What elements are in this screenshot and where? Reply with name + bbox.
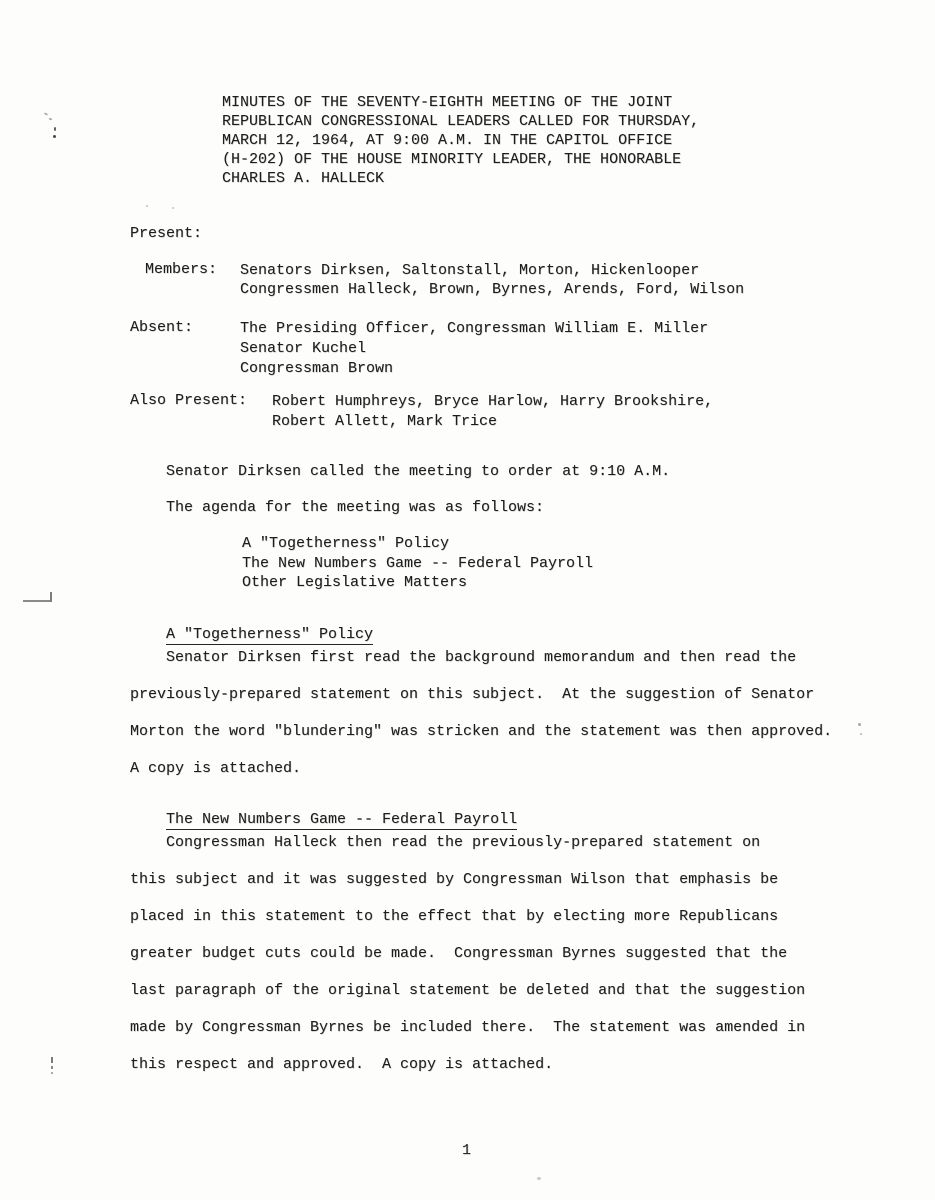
text-line: Congressman Halleck then read the previo… [130, 824, 805, 861]
scan-mark-smudge [537, 1177, 541, 1180]
scan-mark-dot [860, 733, 862, 735]
present-label: Present: [130, 225, 202, 242]
scan-mark-underscore [23, 600, 51, 602]
text-line: MINUTES OF THE SEVENTY-EIGHTH MEETING OF… [222, 93, 699, 112]
text-line: A copy is attached. [130, 750, 832, 787]
text-line: placed in this statement to the effect t… [130, 898, 805, 935]
members-label: Members: [145, 261, 217, 278]
text-line: The New Numbers Game -- Federal Payroll [242, 554, 593, 574]
text-line: Morton the word "blundering" was stricke… [130, 713, 832, 750]
document-page: MINUTES OF THE SEVENTY-EIGHTH MEETING OF… [0, 0, 935, 1200]
text-line: Robert Humphreys, Bryce Harlow, Harry Br… [272, 392, 713, 412]
scan-mark-scratch [44, 112, 48, 116]
scan-mark-dot [53, 135, 56, 138]
call-to-order-line: Senator Dirksen called the meeting to or… [166, 463, 670, 480]
text-line: Senator Kuchel [240, 339, 708, 359]
text-line: this respect and approved. A copy is att… [130, 1046, 805, 1083]
text-line: The Presiding Officer, Congressman Willi… [240, 319, 708, 339]
text-line: Congressmen Halleck, Brown, Byrnes, Aren… [240, 280, 744, 299]
agenda-intro-line: The agenda for the meeting was as follow… [166, 499, 544, 516]
scan-mark-dot [146, 205, 148, 207]
agenda-list: A "Togetherness" PolicyThe New Numbers G… [242, 534, 593, 593]
text-line: Other Legislative Matters [242, 573, 593, 593]
minutes-title: MINUTES OF THE SEVENTY-EIGHTH MEETING OF… [222, 93, 699, 188]
section-body-togetherness: Senator Dirksen first read the backgroun… [130, 639, 832, 787]
text-line: MARCH 12, 1964, AT 9:00 A.M. IN THE CAPI… [222, 131, 699, 150]
scan-mark-exclaim [51, 1066, 53, 1069]
text-line: Robert Allett, Mark Trice [272, 412, 713, 432]
scan-mark-dot [172, 207, 174, 209]
text-line: REPUBLICAN CONGRESSIONAL LEADERS CALLED … [222, 112, 699, 131]
text-line: (H-202) OF THE HOUSE MINORITY LEADER, TH… [222, 150, 699, 169]
page-number: 1 [462, 1141, 471, 1160]
text-line: Senator Dirksen first read the backgroun… [130, 639, 832, 676]
absent-label: Absent: [130, 319, 193, 336]
text-line: greater budget cuts could be made. Congr… [130, 935, 805, 972]
scan-mark-dot [51, 1072, 53, 1074]
section-body-numbers-game: Congressman Halleck then read the previo… [130, 824, 805, 1083]
text-line: last paragraph of the original statement… [130, 972, 805, 1009]
scan-mark-scratch [49, 117, 53, 120]
scan-mark-exclaim [51, 1057, 53, 1063]
text-line: CHARLES A. HALLECK [222, 169, 699, 188]
scan-mark-dot [858, 723, 861, 726]
text-line: this subject and it was suggested by Con… [130, 861, 805, 898]
text-line: previously-prepared statement on this su… [130, 676, 832, 713]
text-line: Congressman Brown [240, 359, 708, 379]
text-line: A "Togetherness" Policy [242, 534, 593, 554]
scan-mark-dot [54, 127, 56, 131]
also-present-names: Robert Humphreys, Bryce Harlow, Harry Br… [272, 392, 713, 432]
text-line: Senators Dirksen, Saltonstall, Morton, H… [240, 261, 744, 280]
scan-mark-tick [50, 592, 52, 602]
also-present-label: Also Present: [130, 392, 247, 409]
members-names: Senators Dirksen, Saltonstall, Morton, H… [240, 261, 744, 299]
text-line: made by Congressman Byrnes be included t… [130, 1009, 805, 1046]
absent-names: The Presiding Officer, Congressman Willi… [240, 319, 708, 379]
